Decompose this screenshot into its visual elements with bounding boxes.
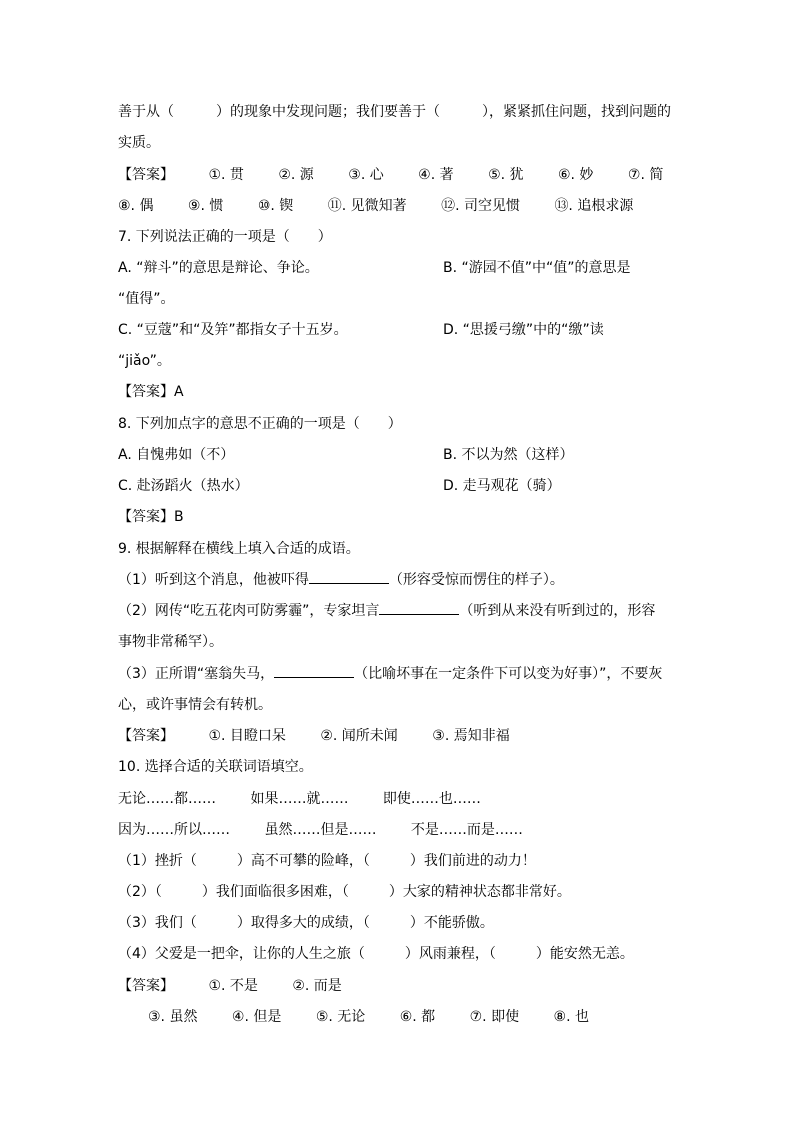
answer-item: ①. 贯	[208, 167, 243, 183]
answer-item: ⑥. 妙	[558, 167, 593, 183]
text: ）不能骄傲。	[410, 915, 494, 931]
option-a: A. “辩斗”的意思是辩论、争论。	[118, 260, 319, 276]
word-option: 无论……都……	[118, 791, 216, 807]
q9-question: 9. 根据解释在横线上填入合适的成语。	[118, 540, 360, 558]
text: （3）我们（	[118, 915, 197, 931]
answer-item: ④. 著	[418, 167, 453, 183]
option-c: C. 赴汤蹈火（热水）	[118, 478, 249, 494]
option-c: C. “豆蔻”和“及笄”都指女子十五岁。	[118, 322, 348, 338]
answer-item: ④. 但是	[232, 1009, 281, 1025]
q10-question: 10. 选择合适的关联词语填空。	[118, 758, 313, 776]
answer-item: ⑧. 也	[554, 1009, 589, 1025]
answer-item: ⑧. 偶	[118, 198, 153, 214]
q7-options-cd: C. “豆蔻”和“及笄”都指女子十五岁。 D. “思援弓缴”中的“缴”读	[118, 321, 678, 339]
q7-option-b-cont: “值得”。	[118, 290, 175, 308]
answer-item: ⑤. 无论	[316, 1009, 365, 1025]
q9-item-2: （2）网传“吃五花肉可防雾霾”，专家坦言（听到从来没有听到过的，形容	[118, 602, 655, 620]
text: ）的现象中发现问题；我们要善于（	[216, 104, 440, 120]
q10-answers-row-2: ③. 虽然 ④. 但是 ⑤. 无论 ⑥. 都 ⑦. 即使 ⑧. 也	[148, 1008, 589, 1026]
answer-label: 【答案】	[118, 728, 174, 744]
text: ）能安然无恙。	[536, 946, 634, 962]
q10-item-3: （3）我们（）取得多大的成绩，（）不能骄傲。	[118, 914, 494, 932]
text: ）高不可攀的险峰，（	[237, 853, 370, 869]
q6-answers-row-2: ⑧. 偶 ⑨. 惯 ⑩. 锲 ⑪. 见微知著 ⑫. 司空见惯 ⑬. 追根求源	[118, 197, 633, 215]
q10-answers-row-1: 【答案】 ①. 不是 ②. 而是	[118, 977, 342, 995]
text: （听到从来没有听到过的，形容	[459, 603, 655, 619]
text: （比喻坏事在一定条件下可以变为好事）”，不要灰	[354, 666, 662, 682]
answer-item: ③. 焉知非福	[432, 728, 509, 744]
word-option: 即使……也……	[383, 791, 481, 807]
answer-item: ③. 心	[348, 167, 383, 183]
q9-answers: 【答案】 ①. 目瞪口呆 ②. 闻所未闻 ③. 焉知非福	[118, 727, 510, 745]
word-option: 不是……而是……	[411, 822, 523, 838]
q6-text-line-2: 实质。	[118, 134, 160, 152]
q7-options-ab: A. “辩斗”的意思是辩论、争论。 B. “游园不值”中“值”的意思是	[118, 259, 678, 277]
text: 善于从（	[118, 104, 174, 120]
answer-item: ②. 闻所未闻	[320, 728, 397, 744]
answer-item: ②. 而是	[292, 978, 341, 994]
text: ）大家的精神状态都非常好。	[389, 884, 571, 900]
answer-item: ⑬. 追根求源	[554, 198, 633, 214]
fill-blank[interactable]	[309, 571, 389, 584]
answer-item: ⑨. 惯	[188, 198, 223, 214]
q10-item-4: （4）父爱是一把伞，让你的人生之旅（）风雨兼程，（）能安然无恙。	[118, 945, 634, 963]
word-option: 因为……所以……	[118, 822, 230, 838]
answer-item: ⑥. 都	[400, 1009, 435, 1025]
q10-word-bank-row-1: 无论……都…… 如果……就…… 即使……也……	[118, 790, 481, 808]
q8-question: 8. 下列加点字的意思不正确的一项是（ ）	[118, 415, 402, 433]
q8-answer: 【答案】B	[118, 508, 184, 526]
answer-item: ⑤. 犹	[488, 167, 523, 183]
text: （4）父爱是一把伞，让你的人生之旅（	[118, 946, 365, 962]
answer-item: ⑫. 司空见惯	[441, 198, 520, 214]
answer-item: ⑦. 即使	[470, 1009, 519, 1025]
text: （2）网传“吃五花肉可防雾霾”，专家坦言	[118, 603, 379, 619]
q9-item-2-cont: 事物非常稀罕）。	[118, 633, 223, 651]
fill-blank[interactable]	[379, 602, 459, 615]
q8-options-ab: A. 自愧弗如（不） B. 不以为然（这样）	[118, 446, 678, 464]
text: ）风雨兼程，（	[405, 946, 496, 962]
q8-options-cd: C. 赴汤蹈火（热水） D. 走马观花（骑）	[118, 477, 678, 495]
text: ）我们前进的动力！	[410, 853, 536, 869]
q7-answer: 【答案】A	[118, 383, 184, 401]
word-option: 虽然……但是……	[264, 822, 376, 838]
answer-label: 【答案】	[118, 978, 174, 994]
text: （形容受惊而愣住的样子）。	[389, 572, 564, 588]
text: ），紧紧抓住问题，找到问题的	[482, 104, 671, 120]
option-b: B. 不以为然（这样）	[443, 446, 574, 464]
q7-option-d-cont: “jiǎo”。	[118, 352, 171, 370]
text: （2）（	[118, 884, 162, 900]
fill-blank[interactable]	[274, 665, 354, 678]
option-b: B. “游园不值”中“值”的意思是	[443, 259, 631, 277]
option-d: D. 走马观花（骑）	[443, 477, 561, 495]
text: （1）听到这个消息，他被吓得	[118, 572, 309, 588]
q10-word-bank-row-2: 因为……所以…… 虽然……但是…… 不是……而是……	[118, 821, 523, 839]
option-d: D. “思援弓缴”中的“缴”读	[443, 321, 604, 339]
answer-item: ③. 虽然	[148, 1009, 197, 1025]
q10-item-1: （1）挫折（）高不可攀的险峰，（）我们前进的动力！	[118, 852, 536, 870]
answer-item: ①. 不是	[208, 978, 257, 994]
q6-text-line-1: 善于从（）的现象中发现问题；我们要善于（），紧紧抓住问题，找到问题的	[118, 103, 671, 121]
text: ）我们面临很多困难，（	[202, 884, 349, 900]
q9-item-3-cont: 心，或许事情会有转机。	[118, 696, 272, 714]
text: （1）挫折（	[118, 853, 197, 869]
q10-item-2: （2）（）我们面临很多困难，（）大家的精神状态都非常好。	[118, 883, 571, 901]
answer-label: 【答案】	[118, 167, 174, 183]
answer-item: ⑦. 简	[628, 167, 663, 183]
answer-item: ②. 源	[278, 167, 313, 183]
q6-answers-row-1: 【答案】 ①. 贯 ②. 源 ③. 心 ④. 著 ⑤. 犹 ⑥. 妙 ⑦. 简	[118, 166, 663, 184]
option-a: A. 自愧弗如（不）	[118, 447, 234, 463]
text: ）取得多大的成绩，（	[237, 915, 370, 931]
q9-item-1: （1）听到这个消息，他被吓得（形容受惊而愣住的样子）。	[118, 571, 564, 589]
answer-item: ⑩. 锲	[258, 198, 293, 214]
text: （3）正所谓“塞翁失马，	[118, 666, 274, 682]
answer-item: ⑪. 见微知著	[328, 198, 407, 214]
answer-item: ①. 目瞪口呆	[208, 728, 285, 744]
word-option: 如果……就……	[250, 791, 348, 807]
q7-question: 7. 下列说法正确的一项是（ ）	[118, 228, 332, 246]
q9-item-3: （3）正所谓“塞翁失马，（比喻坏事在一定条件下可以变为好事）”，不要灰	[118, 665, 662, 683]
